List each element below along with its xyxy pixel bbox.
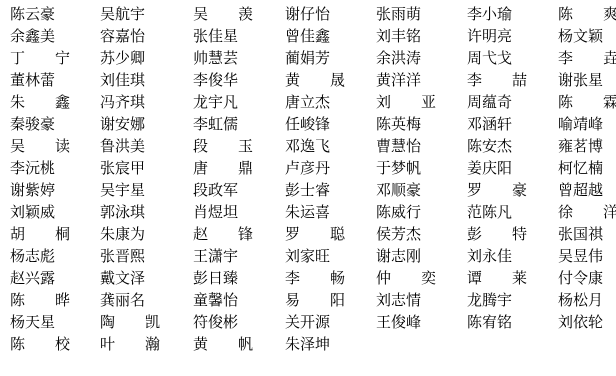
name-cell: 冯齐琪 xyxy=(100,91,160,113)
name-cell: 吴昱伟 xyxy=(558,245,616,267)
name-cell: 朱康为 xyxy=(100,223,160,245)
name-cell: 周弋戈 xyxy=(467,47,527,69)
name-cell: 许明亮 xyxy=(467,25,527,47)
name-cell: 仲奕 xyxy=(376,267,436,289)
name-row: 陈云豪吴航宇吴羡谢仔怡张雨萌李小瑜陈爽 xyxy=(0,3,616,25)
name-cell: 段玉 xyxy=(193,135,253,157)
name-cell: 陈安杰 xyxy=(467,135,527,157)
name-cell: 唐立杰 xyxy=(285,91,345,113)
name-cell: 肖煜坦 xyxy=(193,201,253,223)
name-cell: 杨志彪 xyxy=(10,245,70,267)
name-cell: 谭莱 xyxy=(467,267,527,289)
name-cell: 李俊华 xyxy=(193,69,253,91)
name-cell: 吴宇星 xyxy=(100,179,160,201)
name-cell: 龚丽名 xyxy=(100,289,160,311)
name-cell: 周蕴奇 xyxy=(467,91,527,113)
name-cell: 易阳 xyxy=(285,289,345,311)
name-cell: 朱鑫 xyxy=(10,91,70,113)
name-cell: 符俊彬 xyxy=(193,311,253,333)
name-cell: 张雨萌 xyxy=(376,3,436,25)
name-cell: 陈校 xyxy=(10,333,70,355)
name-cell: 刘依轮 xyxy=(558,311,616,333)
name-cell: 邓顺豪 xyxy=(376,179,436,201)
name-cell: 曾超越 xyxy=(558,179,616,201)
name-cell: 罗聪 xyxy=(285,223,345,245)
name-cell: 陶凯 xyxy=(100,311,160,333)
name-cell: 李垚 xyxy=(558,47,616,69)
name-cell: 李虹儒 xyxy=(193,113,253,135)
name-cell: 邓逸飞 xyxy=(285,135,345,157)
name-row: 胡桐朱康为赵锋罗聪侯芳杰彭特张国祺 xyxy=(0,223,616,245)
name-row: 杨天星陶凯符俊彬关开源王俊峰陈宥铭刘依轮 xyxy=(0,311,616,333)
name-row: 赵兴露戴文泽彭日臻李畅仲奕谭莱付令康 xyxy=(0,267,616,289)
name-cell: 赵锋 xyxy=(193,223,253,245)
name-cell: 余洪涛 xyxy=(376,47,436,69)
name-cell: 叶瀚 xyxy=(100,333,160,355)
name-cell: 吴航宇 xyxy=(100,3,160,25)
name-cell: 余鑫美 xyxy=(10,25,70,47)
name-cell: 唐鼎 xyxy=(193,157,253,179)
name-cell: 范陈凡 xyxy=(467,201,527,223)
name-cell: 曾佳鑫 xyxy=(285,25,345,47)
name-cell: 曹慧怡 xyxy=(376,135,436,157)
name-cell: 谢仔怡 xyxy=(285,3,345,25)
name-row: 朱鑫冯齐琪龙宇凡唐立杰刘亚周蕴奇陈霖 xyxy=(0,91,616,113)
name-cell: 王潇宇 xyxy=(193,245,253,267)
name-cell: 陈爽 xyxy=(558,3,616,25)
name-cell: 谢志刚 xyxy=(376,245,436,267)
name-cell: 吴羡 xyxy=(193,3,253,25)
name-cell: 吴读 xyxy=(10,135,70,157)
name-cell: 张宸甲 xyxy=(100,157,160,179)
name-cell: 张晋熙 xyxy=(100,245,160,267)
name-cell: 刘佳琪 xyxy=(100,69,160,91)
name-cell: 李小瑜 xyxy=(467,3,527,25)
name-row: 陈晔龚丽名童馨怡易阳刘志情龙腾宇杨松月 xyxy=(0,289,616,311)
name-cell: 罗豪 xyxy=(467,179,527,201)
name-cell: 李畅 xyxy=(285,267,345,289)
name-cell: 帅慧芸 xyxy=(193,47,253,69)
name-cell: 龙宇凡 xyxy=(193,91,253,113)
name-cell: 龙腾宇 xyxy=(467,289,527,311)
name-cell: 朱泽坤 xyxy=(285,333,345,355)
name-cell: 陈威行 xyxy=(376,201,436,223)
name-cell: 王俊峰 xyxy=(376,311,436,333)
name-cell: 刘亚 xyxy=(376,91,436,113)
name-cell: 陈英梅 xyxy=(376,113,436,135)
name-row: 秦骏豪谢安娜李虹儒任峻锋陈英梅邓涵轩喻靖峰 xyxy=(0,113,616,135)
name-cell: 姜庆阳 xyxy=(467,157,527,179)
name-cell: 陈霖 xyxy=(558,91,616,113)
name-cell: 张国祺 xyxy=(558,223,616,245)
name-cell: 谢紫婷 xyxy=(10,179,70,201)
name-cell: 徐洋 xyxy=(558,201,616,223)
name-cell: 容嘉怡 xyxy=(100,25,160,47)
name-row: 丁宁苏少卿帅慧芸蔺娟芳余洪涛周弋戈李垚 xyxy=(0,47,616,69)
name-cell: 刘颖威 xyxy=(10,201,70,223)
name-list-grid: 陈云豪吴航宇吴羡谢仔怡张雨萌李小瑜陈爽余鑫美容嘉怡张佳星曾佳鑫刘丰铭许明亮杨文颖… xyxy=(0,0,616,376)
name-row: 余鑫美容嘉怡张佳星曾佳鑫刘丰铭许明亮杨文颖 xyxy=(0,25,616,47)
name-row: 董林蕾刘佳琪李俊华黄晟黄洋洋李喆谢张星 xyxy=(0,69,616,91)
name-cell: 黄洋洋 xyxy=(376,69,436,91)
name-cell: 于梦帆 xyxy=(376,157,436,179)
name-cell: 陈宥铭 xyxy=(467,311,527,333)
name-cell: 彭日臻 xyxy=(193,267,253,289)
name-cell: 谢张星 xyxy=(558,69,616,91)
name-row: 李沅桃张宸甲唐鼎卢彦丹于梦帆姜庆阳柯忆楠 xyxy=(0,157,616,179)
name-cell: 苏少卿 xyxy=(100,47,160,69)
name-cell: 戴文泽 xyxy=(100,267,160,289)
name-cell: 刘永佳 xyxy=(467,245,527,267)
name-cell: 胡桐 xyxy=(10,223,70,245)
name-cell: 谢安娜 xyxy=(100,113,160,135)
name-cell: 丁宁 xyxy=(10,47,70,69)
name-cell: 付令康 xyxy=(558,267,616,289)
name-cell: 陈云豪 xyxy=(10,3,70,25)
name-cell: 柯忆楠 xyxy=(558,157,616,179)
name-cell: 段政军 xyxy=(193,179,253,201)
name-row: 杨志彪张晋熙王潇宇刘家旺谢志刚刘永佳吴昱伟 xyxy=(0,245,616,267)
name-row: 谢紫婷吴宇星段政军彭士睿邓顺豪罗豪曾超越 xyxy=(0,179,616,201)
name-cell: 李沅桃 xyxy=(10,157,70,179)
name-cell: 刘丰铭 xyxy=(376,25,436,47)
name-cell: 秦骏豪 xyxy=(10,113,70,135)
name-cell: 黄晟 xyxy=(285,69,345,91)
name-cell: 彭士睿 xyxy=(285,179,345,201)
name-cell: 刘志情 xyxy=(376,289,436,311)
name-cell: 黄帆 xyxy=(193,333,253,355)
name-cell: 彭特 xyxy=(467,223,527,245)
name-cell: 董林蕾 xyxy=(10,69,70,91)
name-cell: 关开源 xyxy=(285,311,345,333)
name-cell: 赵兴露 xyxy=(10,267,70,289)
name-cell: 李喆 xyxy=(467,69,527,91)
name-cell: 杨天星 xyxy=(10,311,70,333)
name-cell: 侯芳杰 xyxy=(376,223,436,245)
name-cell: 杨松月 xyxy=(558,289,616,311)
name-cell: 陈晔 xyxy=(10,289,70,311)
name-cell: 杨文颖 xyxy=(558,25,616,47)
name-cell: 卢彦丹 xyxy=(285,157,345,179)
name-cell: 鲁洪美 xyxy=(100,135,160,157)
name-cell: 任峻锋 xyxy=(285,113,345,135)
name-cell: 朱运喜 xyxy=(285,201,345,223)
name-cell: 蔺娟芳 xyxy=(285,47,345,69)
name-cell: 郭泳琪 xyxy=(100,201,160,223)
name-cell: 刘家旺 xyxy=(285,245,345,267)
name-cell: 童馨怡 xyxy=(193,289,253,311)
name-row: 刘颖威郭泳琪肖煜坦朱运喜陈威行范陈凡徐洋 xyxy=(0,201,616,223)
name-row: 陈校叶瀚黄帆朱泽坤 xyxy=(0,333,616,355)
name-cell: 雍茗博 xyxy=(558,135,616,157)
name-row: 吴读鲁洪美段玉邓逸飞曹慧怡陈安杰雍茗博 xyxy=(0,135,616,157)
name-cell: 喻靖峰 xyxy=(558,113,616,135)
name-cell: 邓涵轩 xyxy=(467,113,527,135)
name-cell: 张佳星 xyxy=(193,25,253,47)
